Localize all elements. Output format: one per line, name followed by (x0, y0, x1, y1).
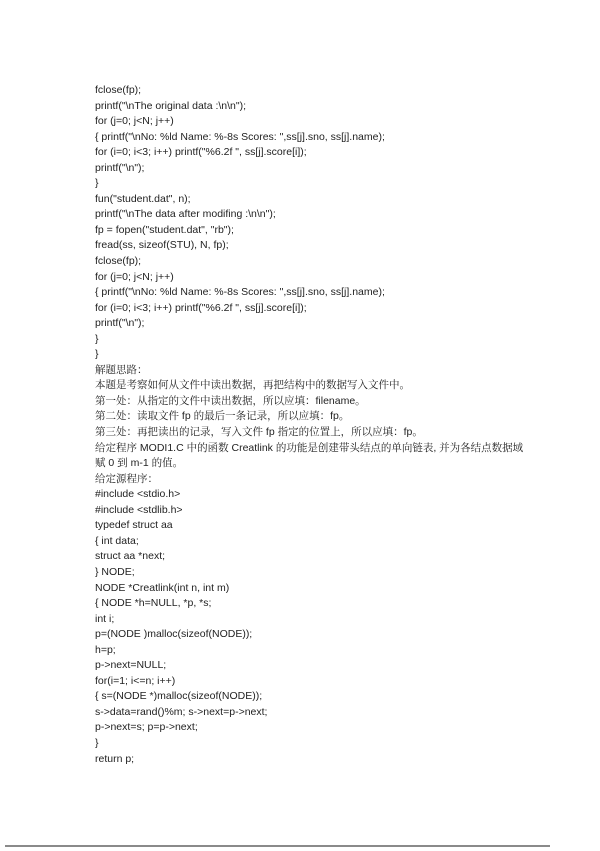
section-heading: 解题思路： (95, 363, 520, 379)
document-body: fclose(fp); printf("\nThe original data … (95, 83, 520, 767)
code-line: p->next=NULL; (95, 658, 520, 674)
code-line: } NODE; (95, 565, 520, 581)
code-line: printf("\nThe original data :\n\n"); (95, 99, 520, 115)
code-line: struct aa *next; (95, 549, 520, 565)
section-heading: 给定源程序： (95, 472, 520, 488)
code-line: for (j=0; j<N; j++) (95, 270, 520, 286)
code-line: } (95, 736, 520, 752)
code-line: } (95, 176, 520, 192)
code-line: fun("student.dat", n); (95, 192, 520, 208)
code-line: } (95, 347, 520, 363)
code-line: { s=(NODE *)malloc(sizeof(NODE)); (95, 689, 520, 705)
code-line: fread(ss, sizeof(STU), N, fp); (95, 238, 520, 254)
code-line: printf("\nThe data after modifing :\n\n"… (95, 207, 520, 223)
explanation-text: 第一处：从指定的文件中读出数据，所以应填：filename。 (95, 394, 520, 410)
problem-statement: 赋 0 到 m-1 的值。 (95, 456, 520, 472)
code-line: return p; (95, 752, 520, 768)
code-line: printf("\n"); (95, 316, 520, 332)
code-line: p->next=s; p=p->next; (95, 720, 520, 736)
code-line: { printf("\nNo: %ld Name: %-8s Scores: "… (95, 285, 520, 301)
code-line: #include <stdio.h> (95, 487, 520, 503)
explanation-text: 本题是考察如何从文件中读出数据，再把结构中的数据写入文件中。 (95, 378, 520, 394)
code-line: fclose(fp); (95, 83, 520, 99)
code-line: p=(NODE )malloc(sizeof(NODE)); (95, 627, 520, 643)
document-page: fclose(fp); printf("\nThe original data … (0, 0, 600, 851)
code-line: for (i=0; i<3; i++) printf("%6.2f ", ss[… (95, 301, 520, 317)
code-line: printf("\n"); (95, 161, 520, 177)
code-line: NODE *Creatlink(int n, int m) (95, 581, 520, 597)
code-line: { printf("\nNo: %ld Name: %-8s Scores: "… (95, 130, 520, 146)
explanation-text: 第三处：再把读出的记录，写入文件 fp 指定的位置上，所以应填：fp。 (95, 425, 520, 441)
code-line: for (i=0; i<3; i++) printf("%6.2f ", ss[… (95, 145, 520, 161)
code-line: for (j=0; j<N; j++) (95, 114, 520, 130)
code-line: { NODE *h=NULL, *p, *s; (95, 596, 520, 612)
code-line: #include <stdlib.h> (95, 503, 520, 519)
code-line: fp = fopen("student.dat", "rb"); (95, 223, 520, 239)
explanation-text: 第二处：读取文件 fp 的最后一条记录，所以应填：fp。 (95, 409, 520, 425)
code-line: h=p; (95, 643, 520, 659)
code-line: fclose(fp); (95, 254, 520, 270)
code-line: s->data=rand()%m; s->next=p->next; (95, 705, 520, 721)
code-line: } (95, 332, 520, 348)
code-line: { int data; (95, 534, 520, 550)
code-line: typedef struct aa (95, 518, 520, 534)
code-line: int i; (95, 612, 520, 628)
code-line: for(i=1; i<=n; i++) (95, 674, 520, 690)
problem-statement: 给定程序 MODI1.C 中的函数 Creatlink 的功能是创建带头结点的单… (95, 441, 520, 457)
page-bottom-divider (5, 845, 550, 847)
